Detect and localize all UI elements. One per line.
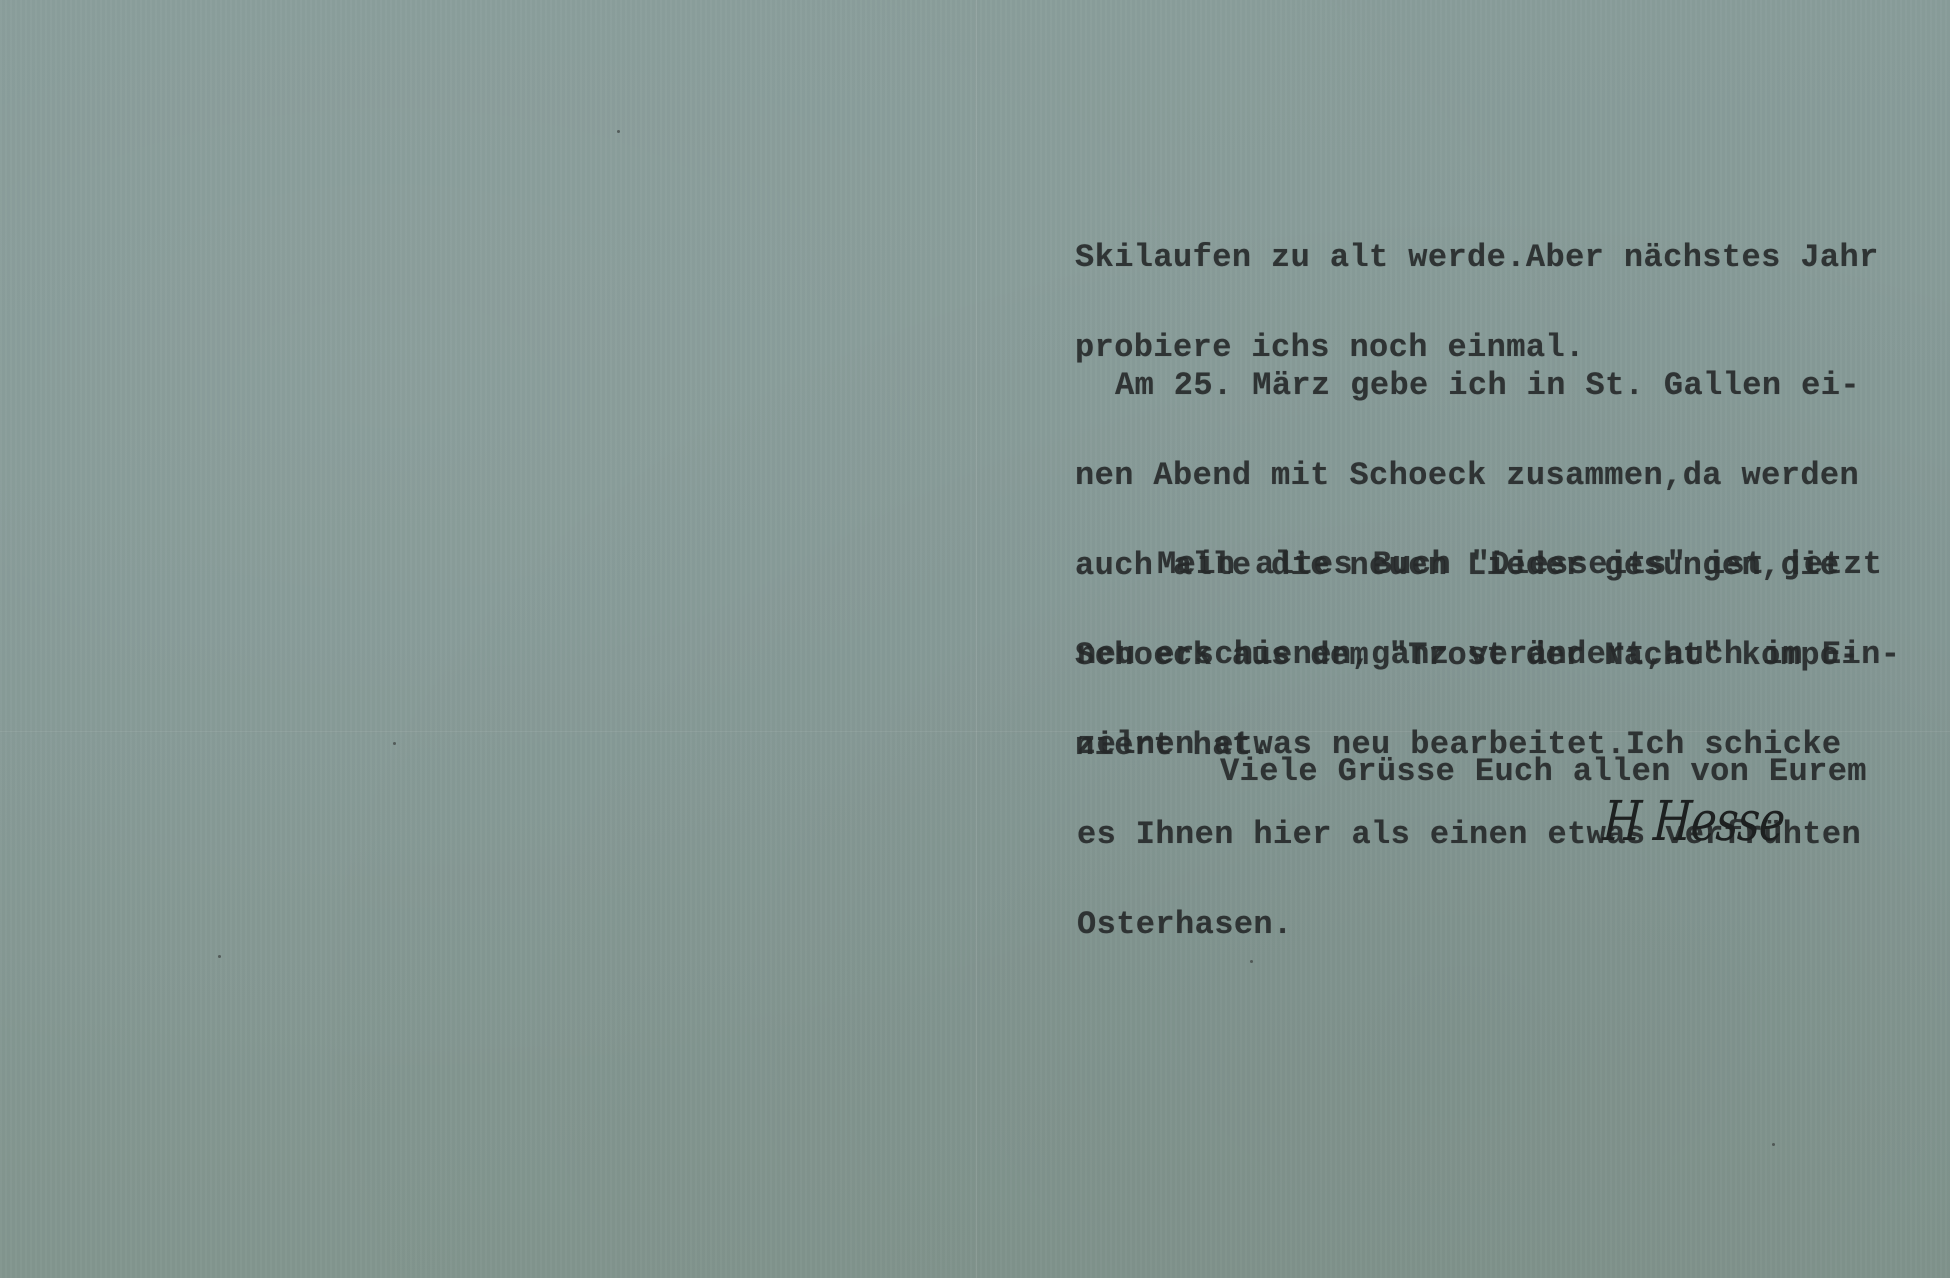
text-line: Skilaufen zu alt werde.Aber nächstes Jah… bbox=[1075, 243, 1879, 273]
text-line: Osterhasen. bbox=[1077, 910, 1900, 940]
paper-speck bbox=[218, 955, 221, 958]
paper-speck bbox=[1772, 1143, 1775, 1146]
paper-speck bbox=[393, 742, 396, 745]
closing-text: Viele Grüsse Euch allen von Eurem bbox=[1220, 757, 1867, 787]
handwritten-signature: H Hesse bbox=[1601, 790, 1786, 854]
vertical-fold-line bbox=[975, 0, 978, 1278]
text-line: Am 25. März gebe ich in St. Gallen ei- bbox=[1075, 371, 1860, 401]
text-line: neu erschienen,ganz verändert,auch im Ei… bbox=[1077, 640, 1900, 670]
text-line: Mein altes Buch "Diesseits" ist jetzt bbox=[1077, 550, 1900, 580]
text-line: nen Abend mit Schoeck zusammen,da werden bbox=[1075, 461, 1860, 491]
paper-speck bbox=[617, 130, 620, 133]
